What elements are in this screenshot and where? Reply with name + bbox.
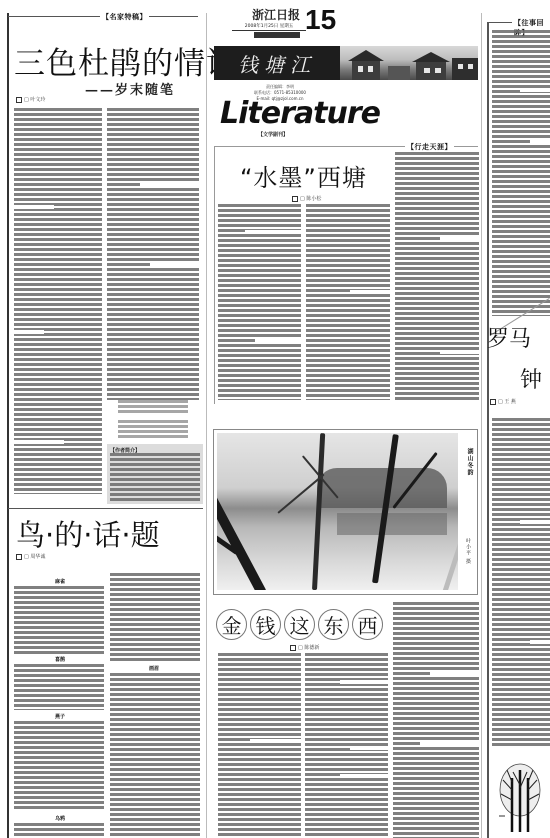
paragraph-gap xyxy=(255,338,301,342)
window-shape xyxy=(424,68,430,73)
left-article-body-col2 xyxy=(107,108,199,400)
paragraph-gap xyxy=(340,680,388,684)
paragraph-gap xyxy=(350,290,390,294)
tree-trunk xyxy=(312,433,325,590)
supplement-title: Literature xyxy=(220,96,380,131)
rome-body xyxy=(492,418,550,748)
bird-subhead-2: 喜鹊 xyxy=(50,656,70,663)
money-article-title: 金 钱 这 东 西 xyxy=(216,609,383,640)
column-divider xyxy=(206,13,207,838)
bird-body-col2-a xyxy=(110,573,200,661)
left-article-subtitle: ——岁末随笔 xyxy=(85,79,175,98)
masthead-bar xyxy=(254,32,300,38)
money-article-byline: □ 陈德新 xyxy=(290,644,319,651)
bird-subhead-1: 麻雀 xyxy=(50,578,70,585)
rome-title-part2: 钟 xyxy=(520,363,542,394)
author-bio-box: 【作者简介】 xyxy=(107,444,203,504)
distant-trees xyxy=(317,468,447,508)
left-section-tag: 【名家特稿】 xyxy=(100,12,149,22)
masthead-date: 2008年1月25日 星期五 xyxy=(232,23,306,31)
bird-subhead-4: 乌鸦 xyxy=(50,815,70,822)
center-body-col2 xyxy=(306,204,390,400)
title-char: 钱 xyxy=(250,609,281,640)
title-char: 这 xyxy=(284,609,315,640)
paragraph-gap xyxy=(420,742,479,746)
paragraph-gap xyxy=(14,440,64,444)
paragraph-gap xyxy=(245,230,301,234)
roof-shape xyxy=(348,50,384,61)
reflection xyxy=(337,513,447,535)
bird-body-col1-a xyxy=(14,586,104,654)
title-char: 金 xyxy=(216,609,247,640)
title-char: 西 xyxy=(352,609,383,640)
left-article-body-col1 xyxy=(14,108,102,494)
paragraph-gap xyxy=(430,672,479,676)
paragraph-gap xyxy=(530,640,550,644)
bird-article-title: 鸟·的·话·题 xyxy=(16,513,160,554)
page-number: 15 xyxy=(305,4,336,36)
house-shape xyxy=(388,66,410,80)
right-article-border xyxy=(487,22,489,838)
paragraph-gap xyxy=(530,140,550,144)
paragraph-gap xyxy=(115,414,195,418)
paragraph-gap xyxy=(350,746,388,750)
right-column-divider xyxy=(481,13,482,838)
bird-article-byline: □ 周华诚 xyxy=(16,553,45,560)
paragraph-gap xyxy=(520,88,550,92)
left-page-border xyxy=(7,13,9,838)
house-shape xyxy=(452,58,478,80)
house-shape xyxy=(416,62,446,80)
tree-illustration-icon xyxy=(495,760,545,832)
paragraph-gap xyxy=(150,262,199,266)
bird-subhead-5: 画眉 xyxy=(144,665,164,672)
author-bio-text xyxy=(110,453,200,501)
paragraph-gap xyxy=(250,739,301,743)
center-article-title: “水墨”西塘 xyxy=(240,158,367,193)
roof-shape xyxy=(412,52,450,62)
paragraph-gap xyxy=(440,350,479,354)
paragraph-gap xyxy=(140,182,199,186)
section-banner: 钱塘江 xyxy=(214,46,478,80)
window-shape xyxy=(458,64,463,69)
paragraph-gap xyxy=(520,520,550,524)
center-article-byline: □ 陈小松 xyxy=(292,195,321,202)
bird-body-col1-c xyxy=(14,721,104,811)
window-shape xyxy=(358,66,363,72)
right-body-top xyxy=(492,30,550,316)
photo-caption: 湖山冬韵 xyxy=(465,448,474,476)
center-section-tag: 【行走天涯】 xyxy=(405,142,454,152)
tree-trunk xyxy=(372,434,399,583)
banner-houses-photo xyxy=(340,46,478,80)
money-body-col1 xyxy=(218,653,301,838)
newspaper-name: 浙江日报 xyxy=(252,6,300,23)
rome-byline: □ 王 燕 xyxy=(490,398,516,405)
left-article-poem xyxy=(118,400,188,438)
bird-body-col1-d xyxy=(14,823,104,838)
center-box-left-border xyxy=(214,146,215,404)
window-shape xyxy=(368,66,373,72)
center-body-col3 xyxy=(395,152,479,400)
money-body-col3 xyxy=(393,602,479,838)
paragraph-gap xyxy=(340,774,388,778)
paragraph-gap xyxy=(14,205,54,209)
divider xyxy=(8,508,203,509)
supplement-tag: 【文学副刊】 xyxy=(258,131,288,138)
house-shape xyxy=(352,60,380,80)
section-banner-title: 钱塘江 xyxy=(214,46,340,80)
paragraph-gap xyxy=(440,236,479,240)
left-article-title: 三色杜鹃的情话 xyxy=(14,38,238,83)
title-char: 东 xyxy=(318,609,349,640)
snow-lake-photo xyxy=(217,433,458,590)
photo-credit: 叶小平 摄 xyxy=(465,538,472,565)
bird-body-col2-b xyxy=(110,673,200,838)
bird-subhead-3: 燕子 xyxy=(50,713,70,720)
paragraph-gap xyxy=(14,330,44,334)
left-article-byline: □ 叶文玲 xyxy=(16,96,45,103)
window-shape xyxy=(468,64,473,69)
rome-title-part1: 罗马 xyxy=(487,322,531,353)
bird-body-col1-b xyxy=(14,664,104,710)
tree-trunk xyxy=(217,458,266,590)
window-shape xyxy=(435,68,441,73)
